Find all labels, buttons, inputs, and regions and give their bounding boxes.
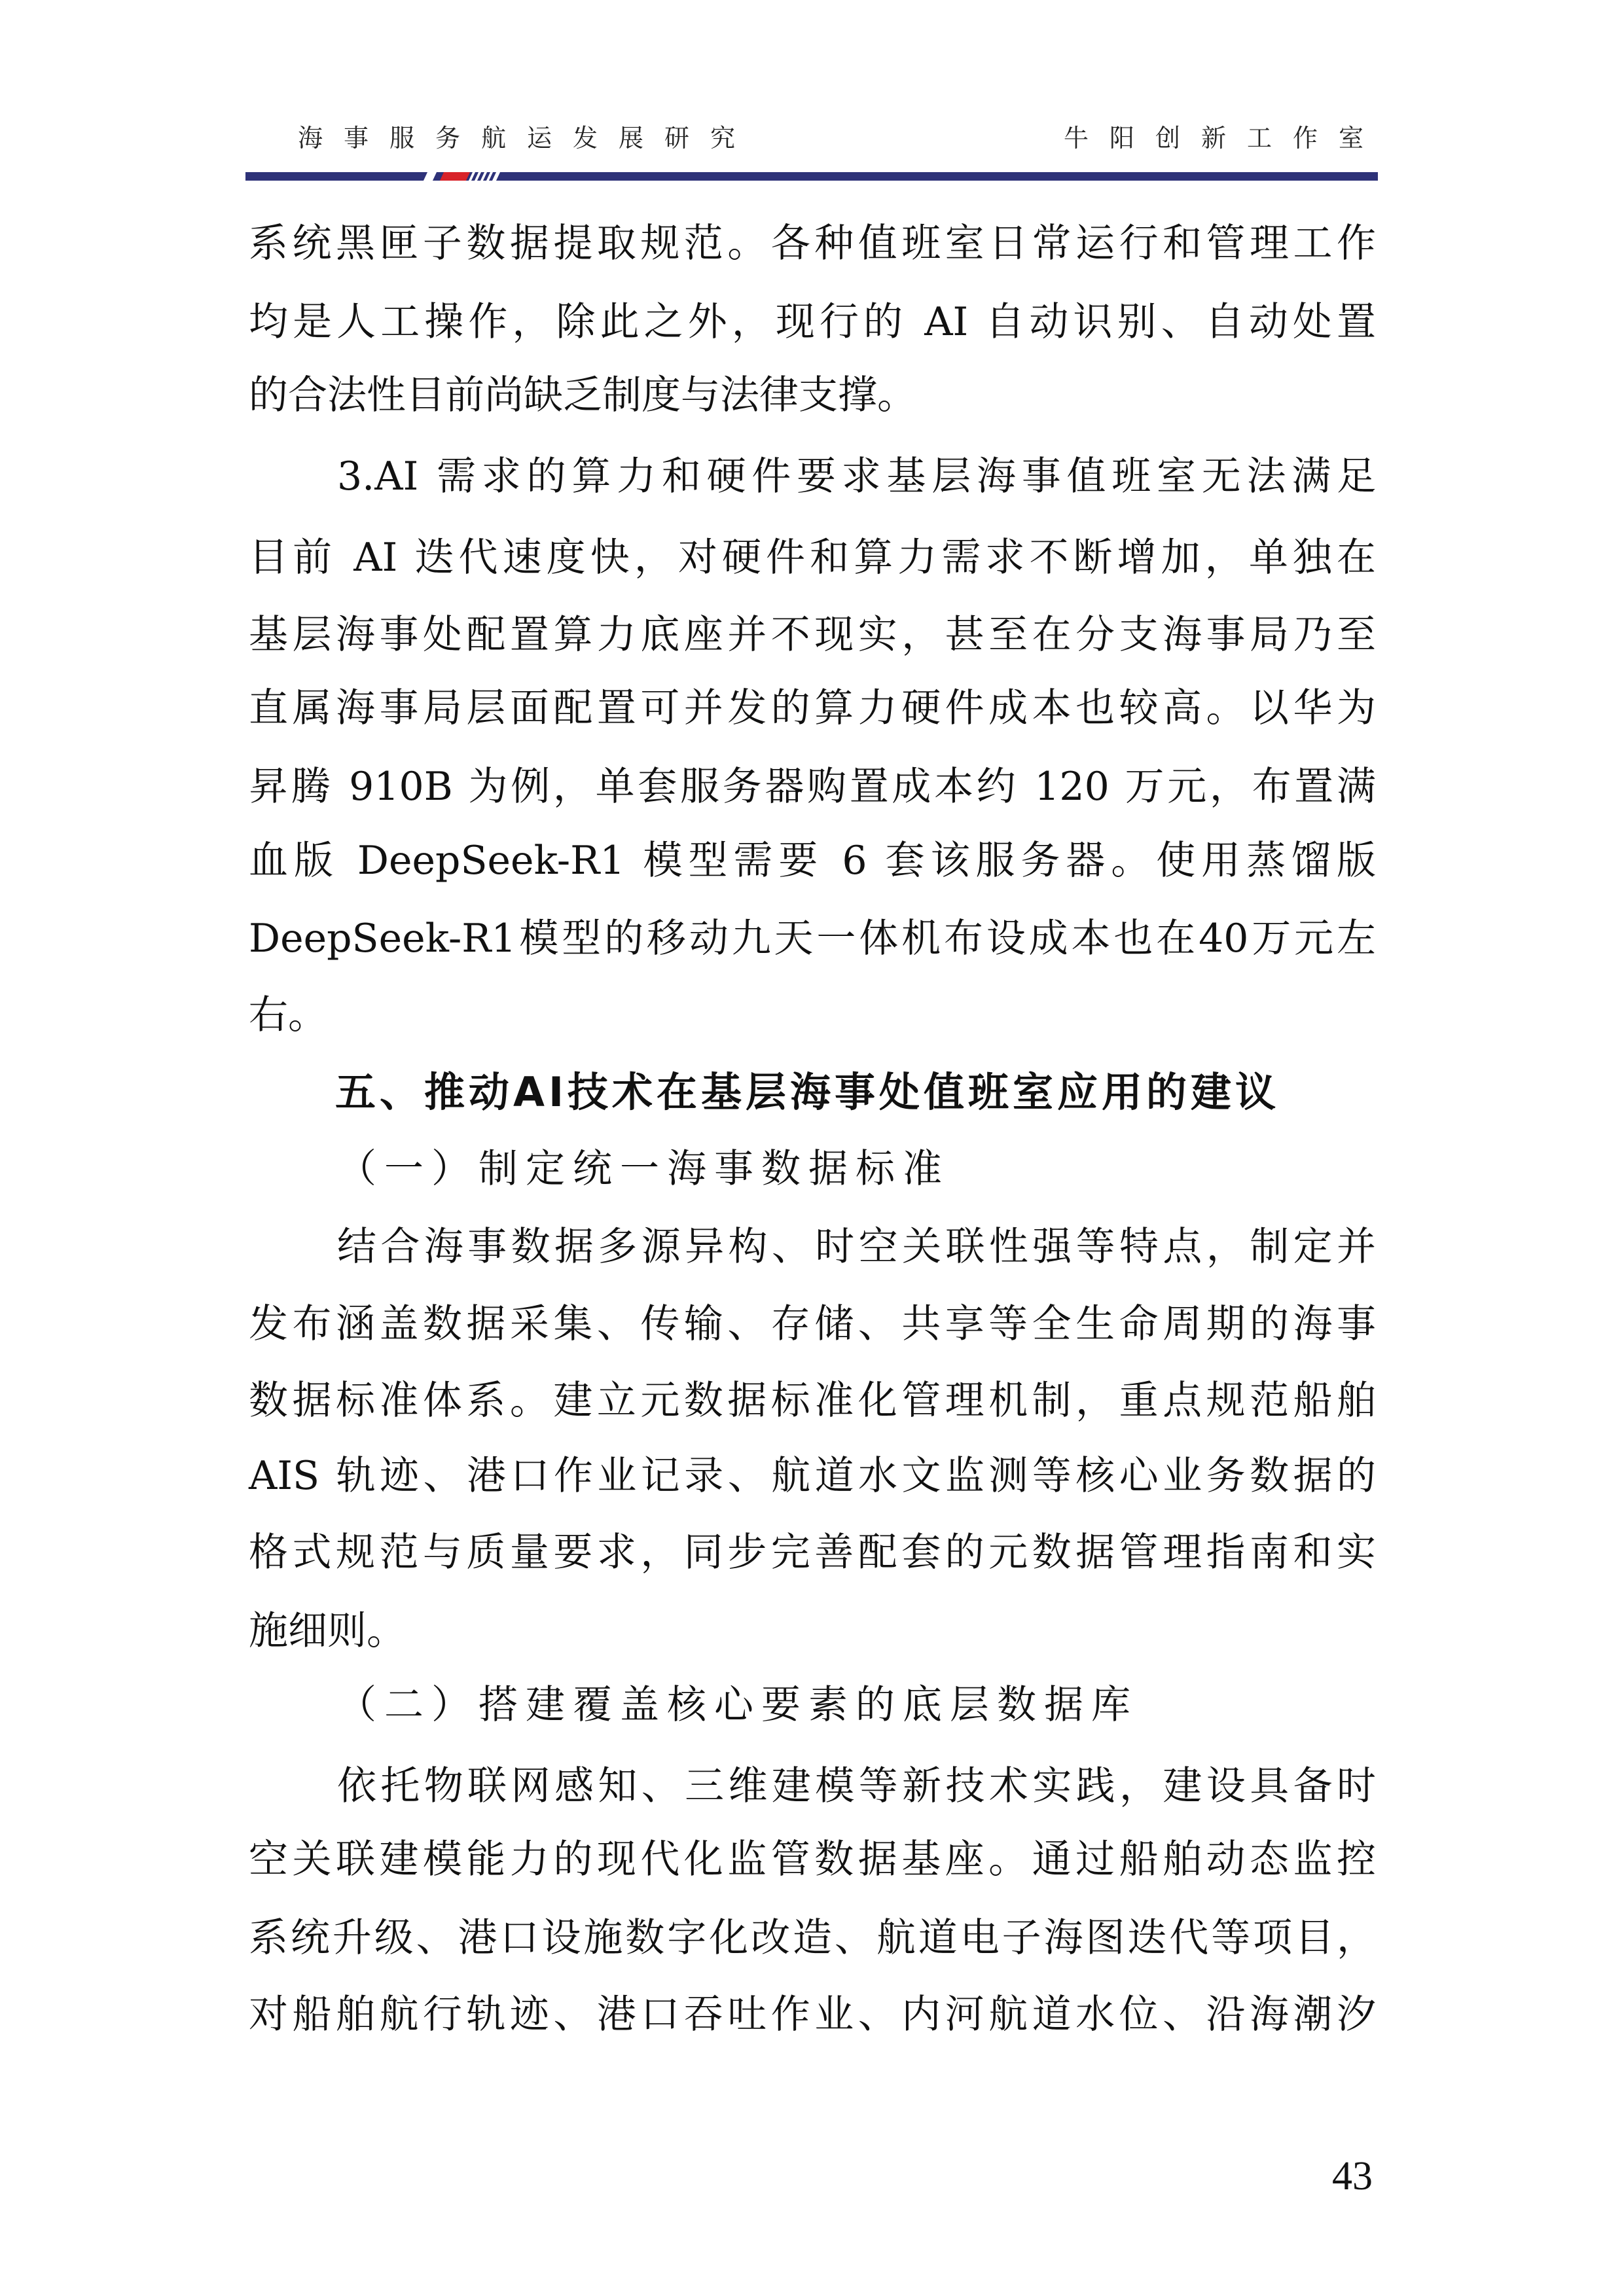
text-line: 发布涵盖数据采集、传输、存储、共享等全生命周期的海事 bbox=[249, 1301, 1376, 1347]
header-bar-gap bbox=[423, 171, 437, 182]
subsection-heading-1: （一）制定统一海事数据标准 bbox=[337, 1146, 950, 1192]
text-line: 空关联建模能力的现代化监管数据基座。通过船舶动态监控 bbox=[249, 1837, 1376, 1882]
text-line: 均是人工操作，除此之外，现行的 AI 自动识别、自动处置 bbox=[249, 299, 1376, 345]
text-line: 右。 bbox=[249, 992, 1376, 1038]
section-heading: 五、推动AI技术在基层海事处值班室应用的建议 bbox=[335, 1069, 1280, 1115]
text-line: 对船舶航行轨迹、港口吞吐作业、内河航道水位、沿海潮汐 bbox=[249, 1992, 1376, 2037]
running-header-title: 海事服务航运发展研究 bbox=[298, 118, 756, 154]
text-line: 3.AI 需求的算力和硬件要求基层海事值班室无法满足 bbox=[337, 454, 1376, 499]
text-line: 施细则。 bbox=[249, 1608, 1376, 1654]
text-line: 系统升级、港口设施数字化改造、航道电子海图迭代等项目， bbox=[249, 1915, 1376, 1961]
subsection-heading-2: （二）搭建覆盖核心要素的底层数据库 bbox=[337, 1682, 1138, 1728]
running-header-org: 牛阳创新工作室 bbox=[1064, 118, 1384, 154]
header-rule-bar bbox=[245, 172, 1378, 181]
text-line: 目前 AI 迭代速度快，对硬件和算力需求不断增加，单独在 bbox=[249, 535, 1376, 581]
text-line: 格式规范与质量要求，同步完善配套的元数据管理指南和实 bbox=[249, 1530, 1376, 1575]
text-line: 依托物联网感知、三维建模等新技术实践，建设具备时 bbox=[337, 1763, 1376, 1809]
header-bar-red-accent bbox=[440, 172, 470, 181]
text-line: 系统黑匣子数据提取规范。各种值班室日常运行和管理工作 bbox=[249, 221, 1376, 266]
text-line: 数据标准体系。建立元数据标准化管理机制，重点规范船舶 bbox=[249, 1378, 1376, 1424]
text-line: DeepSeek-R1模型的移动九天一体机布设成本也在40万元左 bbox=[249, 916, 1376, 961]
text-line: 昇腾 910B 为例，单套服务器购置成本约 120 万元，布置满 bbox=[249, 764, 1376, 810]
text-line: 直属海事局层面配置可并发的算力硬件成本也较高。以华为 bbox=[249, 685, 1376, 731]
text-line: AIS 轨迹、港口作业记录、航道水文监测等核心业务数据的 bbox=[249, 1453, 1376, 1499]
text-line: 血版 DeepSeek-R1 模型需要 6 套该服务器。使用蒸馏版 bbox=[249, 838, 1376, 884]
text-line: 基层海事处配置算力底座并不现实，甚至在分支海事局乃至 bbox=[249, 612, 1376, 658]
page-number: 43 bbox=[1332, 2153, 1373, 2200]
text-line: 结合海事数据多源异构、时空关联性强等特点，制定并 bbox=[337, 1224, 1376, 1270]
text-line: 的合法性目前尚缺乏制度与法律支撑。 bbox=[249, 372, 1376, 418]
